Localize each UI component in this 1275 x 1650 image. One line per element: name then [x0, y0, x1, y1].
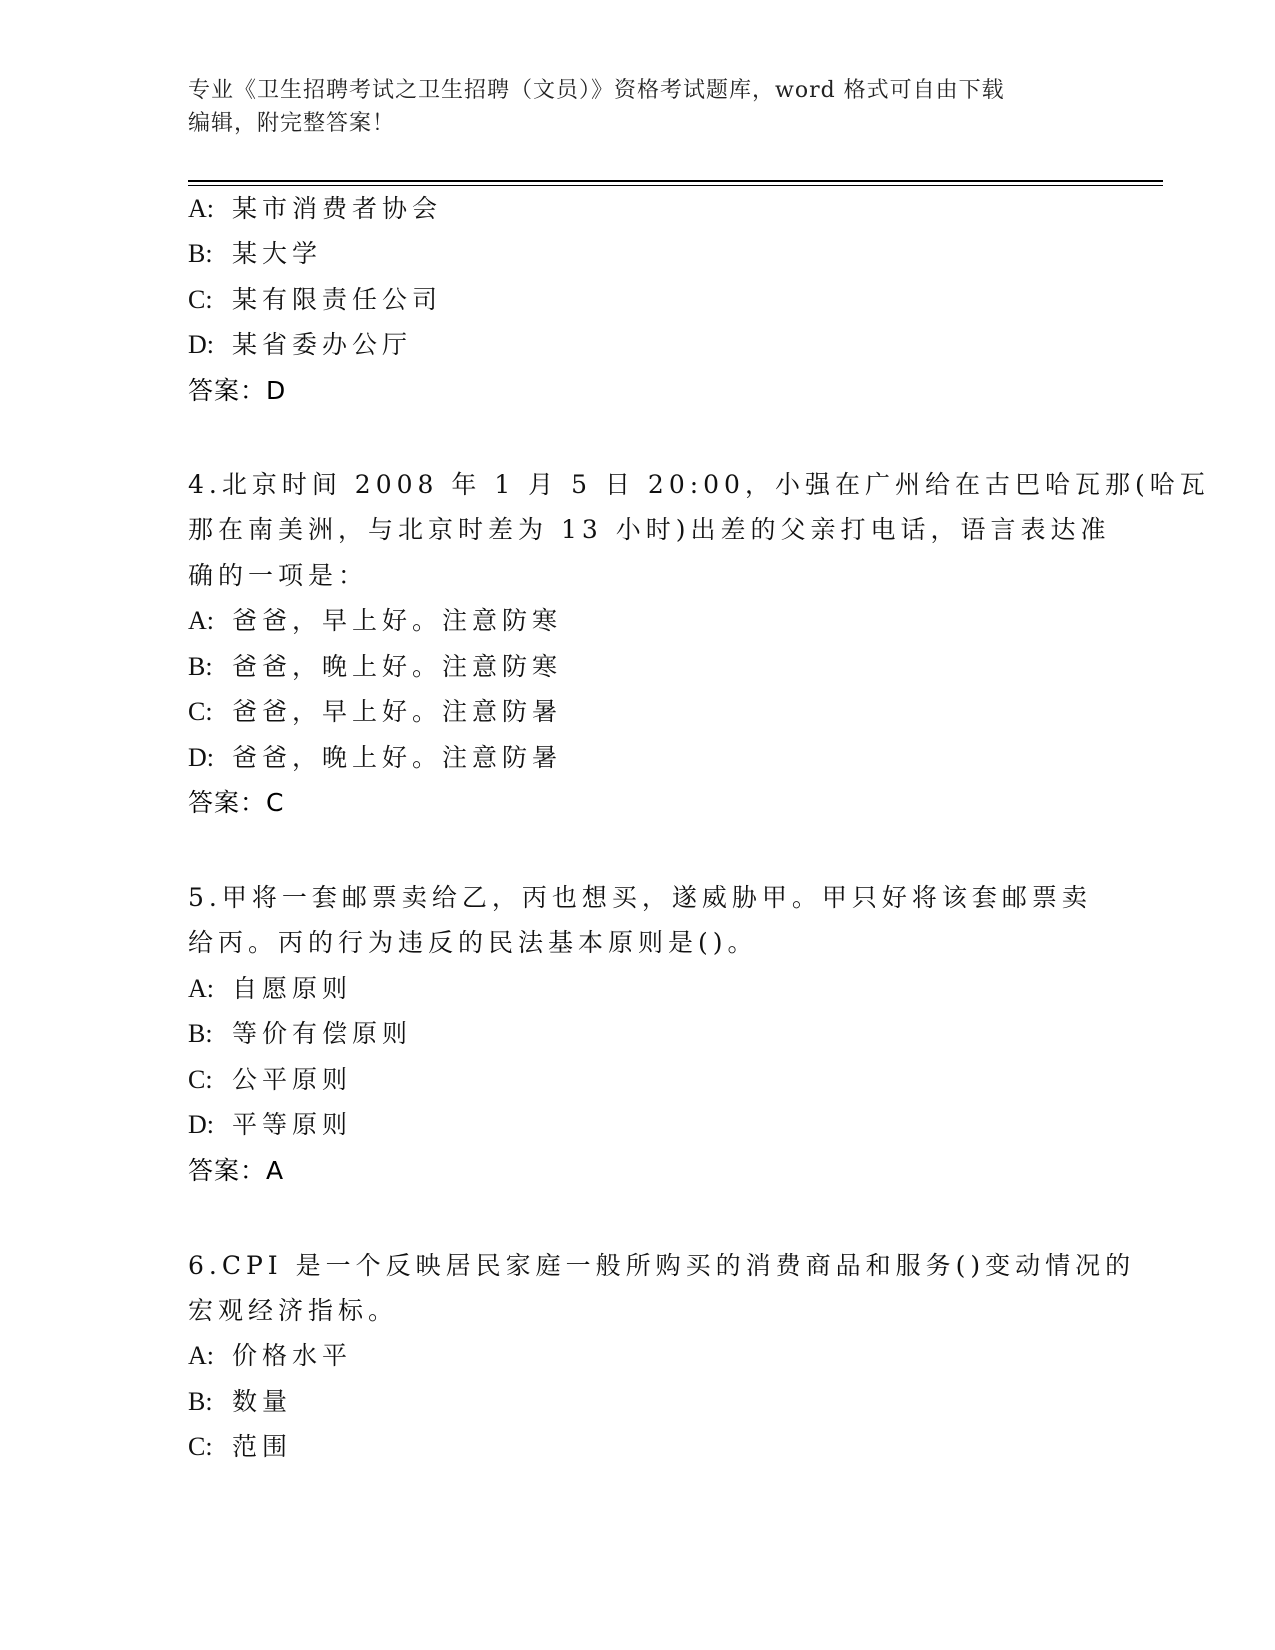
option-q4-d: D:爸爸，晚上好。注意防暑	[188, 735, 562, 780]
option-key: C:	[188, 1424, 232, 1469]
option-key: D:	[188, 322, 232, 367]
option-q6-b: B:数量	[188, 1379, 292, 1424]
option-text: 价格水平	[232, 1341, 352, 1370]
question-4-stem-line-2: 那在南美洲，与北京时差为 13 小时)出差的父亲打电话，语言表达准	[188, 507, 1110, 552]
option-q4-c: C:爸爸，早上好。注意防暑	[188, 689, 562, 734]
question-4-stem-line-3: 确的一项是：	[188, 553, 368, 598]
option-q4-a: A:爸爸，早上好。注意防寒	[188, 598, 562, 643]
option-text: 爸爸，早上好。注意防暑	[232, 697, 562, 726]
option-key: C:	[188, 1057, 232, 1102]
option-text: 某省委办公厅	[232, 330, 412, 359]
header-line-1: 专业《卫生招聘考试之卫生招聘（文员）》资格考试题库，word 格式可自由下载	[188, 74, 1088, 107]
answer-q5: 答案：A	[188, 1148, 284, 1193]
option-key: C:	[188, 689, 232, 734]
option-text: 爸爸，晚上好。注意防暑	[232, 743, 562, 772]
question-6-stem-line-2: 宏观经济指标。	[188, 1288, 398, 1333]
question-4-stem-line-1: 4.北京时间 2008 年 1 月 5 日 20:00，小强在广州给在古巴哈瓦那…	[188, 462, 1210, 507]
option-key: B:	[188, 231, 232, 276]
option-q5-a: A:自愿原则	[188, 966, 352, 1011]
option-text: 平等原则	[232, 1110, 352, 1139]
question-6-stem-line-1: 6.CPI 是一个反映居民家庭一般所购买的消费商品和服务()变动情况的	[188, 1243, 1135, 1288]
option-q5-c: C:公平原则	[188, 1057, 352, 1102]
option-text: 等价有偿原则	[232, 1019, 412, 1048]
option-text: 自愿原则	[232, 974, 352, 1003]
option-q3-b: B:某大学	[188, 231, 322, 276]
option-text: 某市消费者协会	[232, 194, 442, 223]
option-key: B:	[188, 644, 232, 689]
answer-q3: 答案：D	[188, 368, 286, 413]
option-text: 某有限责任公司	[232, 285, 442, 314]
option-q6-c: C:范围	[188, 1424, 292, 1469]
option-key: A:	[188, 1333, 232, 1378]
option-q6-a: A:价格水平	[188, 1333, 352, 1378]
option-text: 某大学	[232, 239, 322, 268]
option-key: A:	[188, 966, 232, 1011]
option-q3-d: D:某省委办公厅	[188, 322, 412, 367]
option-text: 爸爸，晚上好。注意防寒	[232, 652, 562, 681]
option-key: D:	[188, 735, 232, 780]
header-line-2: 编辑，附完整答案！	[188, 107, 1088, 140]
option-q3-a: A:某市消费者协会	[188, 186, 442, 231]
option-key: B:	[188, 1011, 232, 1056]
option-key: D:	[188, 1102, 232, 1147]
option-text: 爸爸，早上好。注意防寒	[232, 606, 562, 635]
option-text: 公平原则	[232, 1065, 352, 1094]
answer-q4: 答案：C	[188, 780, 284, 825]
option-text: 范围	[232, 1432, 292, 1461]
option-key: A:	[188, 598, 232, 643]
option-q4-b: B:爸爸，晚上好。注意防寒	[188, 644, 562, 689]
option-q3-c: C:某有限责任公司	[188, 277, 442, 322]
option-key: B:	[188, 1379, 232, 1424]
option-text: 数量	[232, 1387, 292, 1416]
question-5-stem-line-1: 5.甲将一套邮票卖给乙，丙也想买，遂威胁甲。甲只好将该套邮票卖	[188, 875, 1092, 920]
option-q5-d: D:平等原则	[188, 1102, 352, 1147]
option-key: A:	[188, 186, 232, 231]
option-key: C:	[188, 277, 232, 322]
document-header: 专业《卫生招聘考试之卫生招聘（文员）》资格考试题库，word 格式可自由下载 编…	[188, 74, 1088, 140]
option-q5-b: B:等价有偿原则	[188, 1011, 412, 1056]
question-5-stem-line-2: 给丙。丙的行为违反的民法基本原则是()。	[188, 920, 758, 965]
document-page: 专业《卫生招聘考试之卫生招聘（文员）》资格考试题库，word 格式可自由下载 编…	[0, 0, 1275, 1650]
